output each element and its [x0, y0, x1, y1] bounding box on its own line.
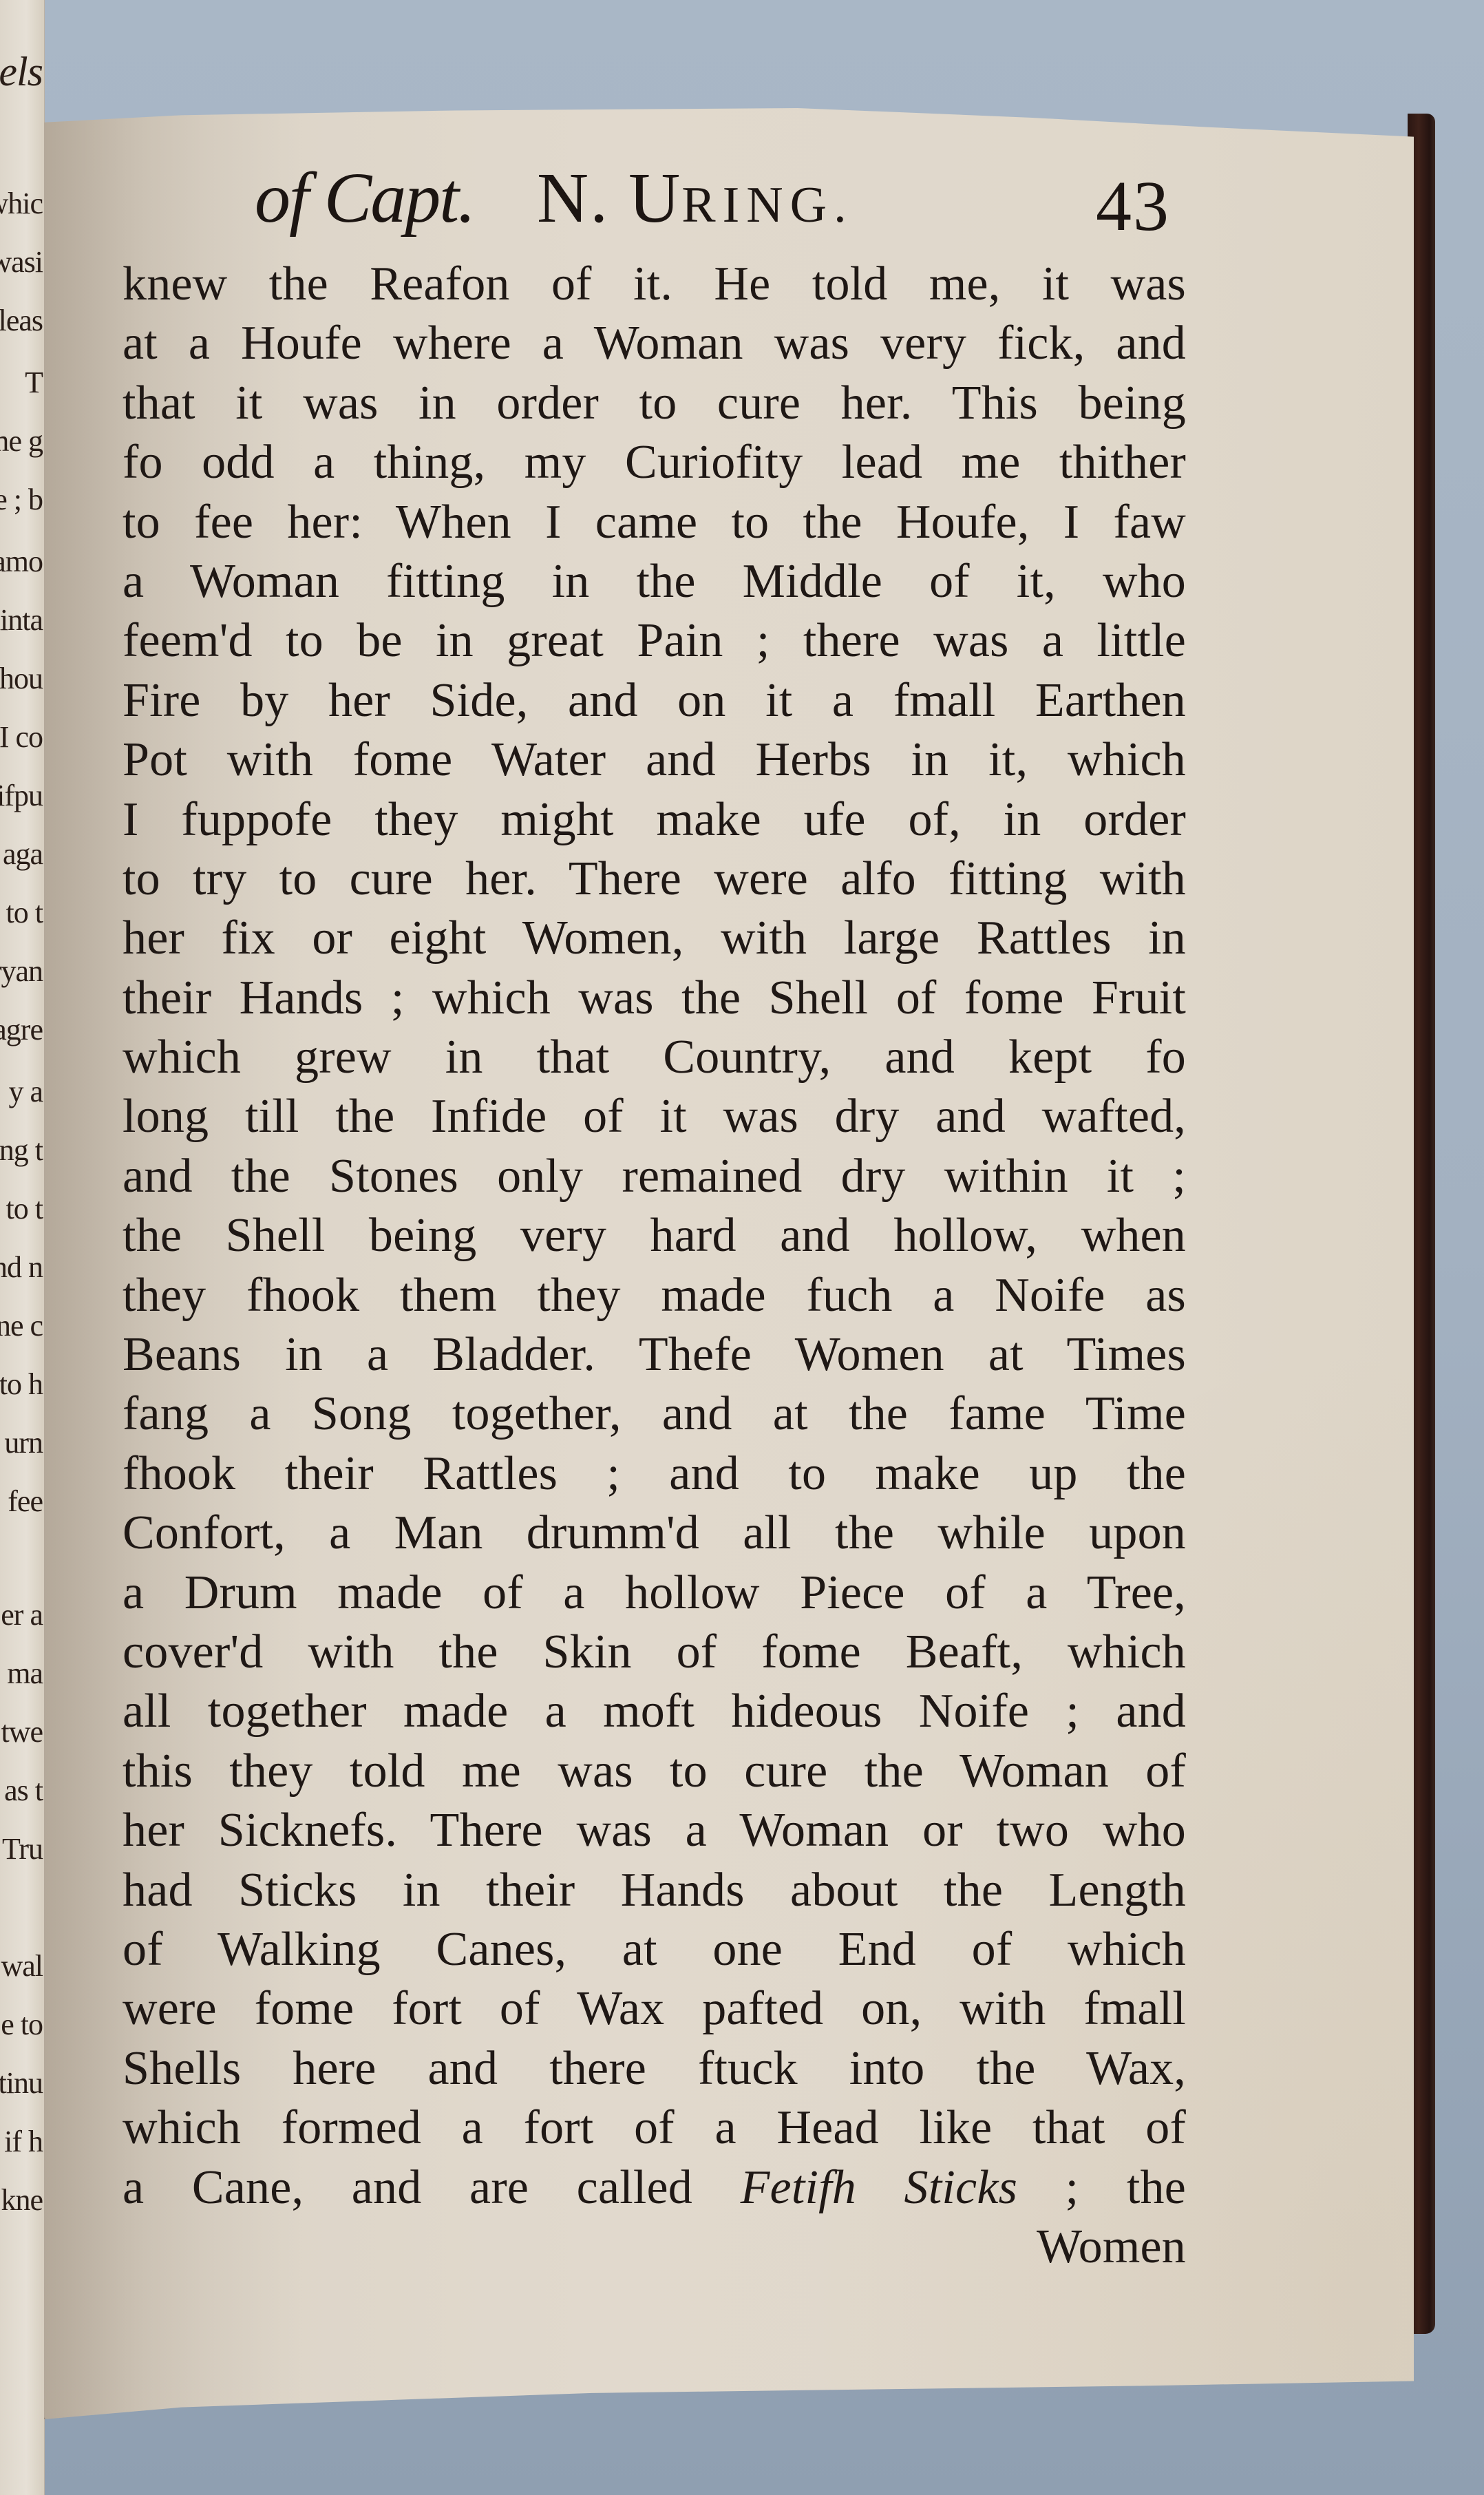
text-line: fang a Song together, and at the fame Ti… — [123, 1385, 1186, 1444]
facing-page-fragment: kne — [1, 2182, 43, 2218]
running-head-surname-smallcaps: RING. — [681, 177, 853, 233]
text-line: fo odd a thing, my Curiofity lead me thi… — [123, 433, 1186, 492]
text-line: and the Stones only remained dry within … — [123, 1147, 1186, 1206]
facing-page-fragment: ma — [7, 1656, 43, 1691]
facing-page-fragment: urn — [4, 1425, 43, 1460]
text-line-last: a Cane, and are called Fetifh Sticks ; t… — [123, 2158, 1186, 2218]
text-line: Confort, a Man drumm'd all the while upo… — [123, 1504, 1186, 1563]
facing-page-fragment: e to — [1, 2007, 43, 2042]
text-line: all together made a moft hideous Noife ;… — [123, 1682, 1186, 1741]
facing-page-fragment: ne c — [0, 1308, 43, 1343]
text-line: a Woman fitting in the Middle of it, who — [123, 552, 1186, 611]
facing-page-fragment: els — [0, 48, 43, 96]
facing-page-fragment: me g — [0, 423, 43, 459]
text-line: the Shell being very hard and hollow, wh… — [123, 1206, 1186, 1265]
text-line: knew the Reafon of it. He told me, it wa… — [123, 255, 1186, 314]
text-segment: a Cane, and are called — [123, 2161, 741, 2214]
running-head-initial: N. — [537, 158, 609, 238]
facing-page-fragment: fee — [8, 1484, 43, 1519]
facing-page-fragment: wasi — [0, 244, 43, 280]
facing-page-fragment: pleas — [0, 303, 43, 338]
facing-page-fragment: to t — [6, 1191, 43, 1226]
running-head-name: N. URING. — [537, 157, 854, 239]
text-line: at a Houfe where a Woman was very fick, … — [123, 314, 1186, 373]
text-line: their Hands ; which was the Shell of fom… — [123, 969, 1186, 1028]
text-line: of Walking Canes, at one End of which — [123, 1920, 1186, 1979]
text-line: feem'd to be in great Pain ; there was a… — [123, 611, 1186, 671]
text-line: to fee her: When I came to the Houfe, I … — [123, 493, 1186, 552]
text-line: fhook their Rattles ; and to make up the — [123, 1444, 1186, 1504]
facing-page-fragment: to t — [6, 895, 43, 930]
text-line: were fome fort of Wax pafted on, with fm… — [123, 1979, 1186, 2039]
text-line: Pot with fome Water and Herbs in it, whi… — [123, 730, 1186, 790]
text-line: cover'd with the Skin of fome Beaft, whi… — [123, 1623, 1186, 1682]
text-line: a Drum made of a hollow Piece of a Tree, — [123, 1564, 1186, 1623]
text-line: had Sticks in their Hands about the Leng… — [123, 1861, 1186, 1920]
text-line: which grew in that Country, and kept fo — [123, 1028, 1186, 1087]
text-line: to try to cure her. There were alfo fitt… — [123, 850, 1186, 909]
text-line: long till the Infide of it was dry and w… — [123, 1087, 1186, 1146]
running-head-prefix: of Capt. — [255, 157, 474, 239]
facing-page-fragment: Tru — [2, 1831, 43, 1866]
text-line: Shells here and there ftuck into the Wax… — [123, 2039, 1186, 2098]
facing-page-fragment: as t — [4, 1773, 43, 1808]
facing-page-edge: elswhicwasipleasTme ge ; bamoaintafhouI … — [0, 0, 45, 2495]
text-line: that it was in order to cure her. This b… — [123, 374, 1186, 433]
facing-page-fragment: e ; b — [0, 482, 43, 517]
facing-page-fragment: ifpu — [0, 778, 43, 813]
facing-page-fragment: tinu — [0, 2065, 43, 2101]
facing-page-fragment: ainta — [0, 602, 43, 638]
facing-page-fragment: nd n — [0, 1250, 43, 1285]
facing-page-fragment: T — [25, 365, 43, 400]
facing-page-fragment: ng t — [0, 1133, 43, 1168]
facing-page-fragment: wal — [1, 1948, 43, 1983]
text-line: her Sicknefs. There was a Woman or two w… — [123, 1801, 1186, 1860]
running-head: of Capt. N. URING. 43 — [255, 157, 1170, 246]
facing-page-fragment: agre — [0, 1012, 43, 1047]
running-head-surname-cap: U — [628, 158, 681, 238]
catchword: Women — [123, 2218, 1186, 2277]
text-line: they fhook them they made fuch a Noife a… — [123, 1266, 1186, 1325]
facing-page-fragment: twe — [1, 1714, 43, 1749]
text-line: which formed a fort of a Head like that … — [123, 2098, 1186, 2158]
facing-page-fragment: I co — [0, 719, 43, 755]
facing-page-fragment: er a — [1, 1597, 43, 1632]
text-line: her fix or eight Women, with large Rattl… — [123, 909, 1186, 968]
italic-term: Fetifh Sticks — [741, 2161, 1017, 2214]
body-text: knew the Reafon of it. He told me, it wa… — [123, 255, 1186, 2277]
facing-page-fragment: ryan — [0, 954, 43, 989]
facing-page-fragment: fhou — [0, 661, 43, 696]
facing-page-fragment: whic — [0, 186, 43, 221]
text-line: I fuppofe they might make ufe of, in ord… — [123, 790, 1186, 850]
facing-page-fragment: amo — [0, 544, 43, 579]
text-line: Beans in a Bladder. Thefe Women at Times — [123, 1325, 1186, 1385]
facing-page-fragment: aga — [3, 836, 43, 872]
text-line: Fire by her Side, and on it a fmall Eart… — [123, 671, 1186, 730]
facing-page-fragment: if h — [4, 2124, 43, 2159]
page-number: 43 — [1096, 165, 1170, 247]
facing-page-fragment: to h — [0, 1367, 43, 1402]
text-segment: ; the — [1017, 2161, 1186, 2214]
text-line: this they told me was to cure the Woman … — [123, 1742, 1186, 1801]
facing-page-fragment: y a — [8, 1074, 43, 1109]
